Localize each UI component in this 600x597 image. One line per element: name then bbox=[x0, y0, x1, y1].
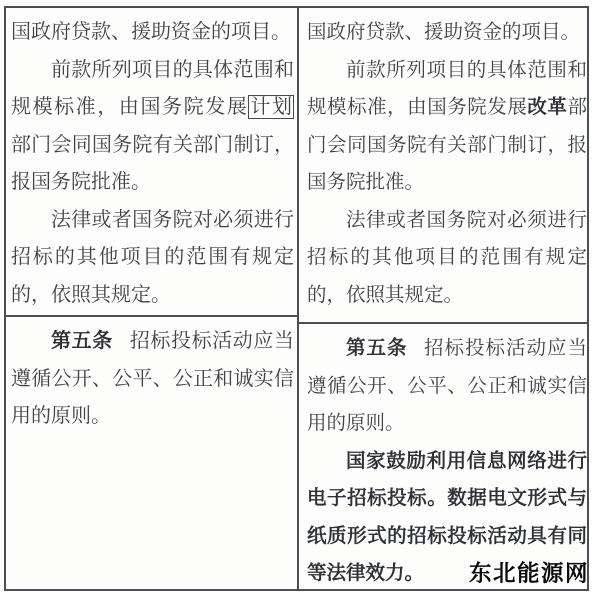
law-comparison-table: 国政府贷款、援助资金的项目。 前款所列项目的具体范围和规模标准，由国务院发展计划… bbox=[4, 6, 589, 591]
paragraph: 法律或者国务院对必须进行招标的其他项目的范围有规定的，依照其规定。 bbox=[307, 202, 587, 315]
paragraph: 前款所列项目的具体范围和规模标准，由国务院发展改革部门会同国务院有关部门制订，报… bbox=[307, 52, 587, 202]
cell-old-article4: 国政府贷款、援助资金的项目。 前款所列项目的具体范围和规模标准，由国务院发展计划… bbox=[6, 8, 297, 317]
bold-revised-term: 改革 bbox=[527, 96, 567, 118]
paragraph: 法律或者国务院对必须进行招标的其他项目的范围有规定的，依照其规定。 bbox=[11, 202, 294, 315]
article-number: 第五条 bbox=[346, 337, 407, 359]
paragraph: 第五条招标投标活动应当遵循公开、公平、公正和诚实信用的原则。 bbox=[307, 330, 587, 443]
paragraph-continuation: 国政府贷款、援助资金的项目。 bbox=[11, 14, 294, 52]
paragraph-continuation: 国政府贷款、援助资金的项目。 bbox=[307, 14, 587, 52]
document-page: 国政府贷款、援助资金的项目。 前款所列项目的具体范围和规模标准，由国务院发展计划… bbox=[0, 0, 600, 597]
paragraph: 前款所列项目的具体范围和规模标准，由国务院发展计划部门会同国务院有关部门制订，报… bbox=[11, 52, 294, 202]
column-revised-text: 国政府贷款、援助资金的项目。 前款所列项目的具体范围和规模标准，由国务院发展改革… bbox=[299, 8, 587, 589]
cell-revised-article5: 第五条招标投标活动应当遵循公开、公平、公正和诚实信用的原则。 国家鼓励利用信息网… bbox=[299, 324, 587, 587]
paragraph: 第五条招标投标活动应当遵循公开、公平、公正和诚实信用的原则。 bbox=[11, 323, 294, 436]
paragraph-text: 部门会同国务院有关部门制订，报国务院批准。 bbox=[11, 134, 294, 194]
watermark: 东北能源网 bbox=[469, 556, 589, 588]
cell-old-article5: 第五条招标投标活动应当遵循公开、公平、公正和诚实信用的原则。 bbox=[6, 317, 297, 589]
article-number: 第五条 bbox=[51, 330, 113, 352]
cell-revised-article4: 国政府贷款、援助资金的项目。 前款所列项目的具体范围和规模标准，由国务院发展改革… bbox=[299, 8, 587, 324]
column-old-text: 国政府贷款、援助资金的项目。 前款所列项目的具体范围和规模标准，由国务院发展计划… bbox=[6, 8, 299, 589]
boxed-deleted-term: 计划 bbox=[248, 95, 294, 119]
